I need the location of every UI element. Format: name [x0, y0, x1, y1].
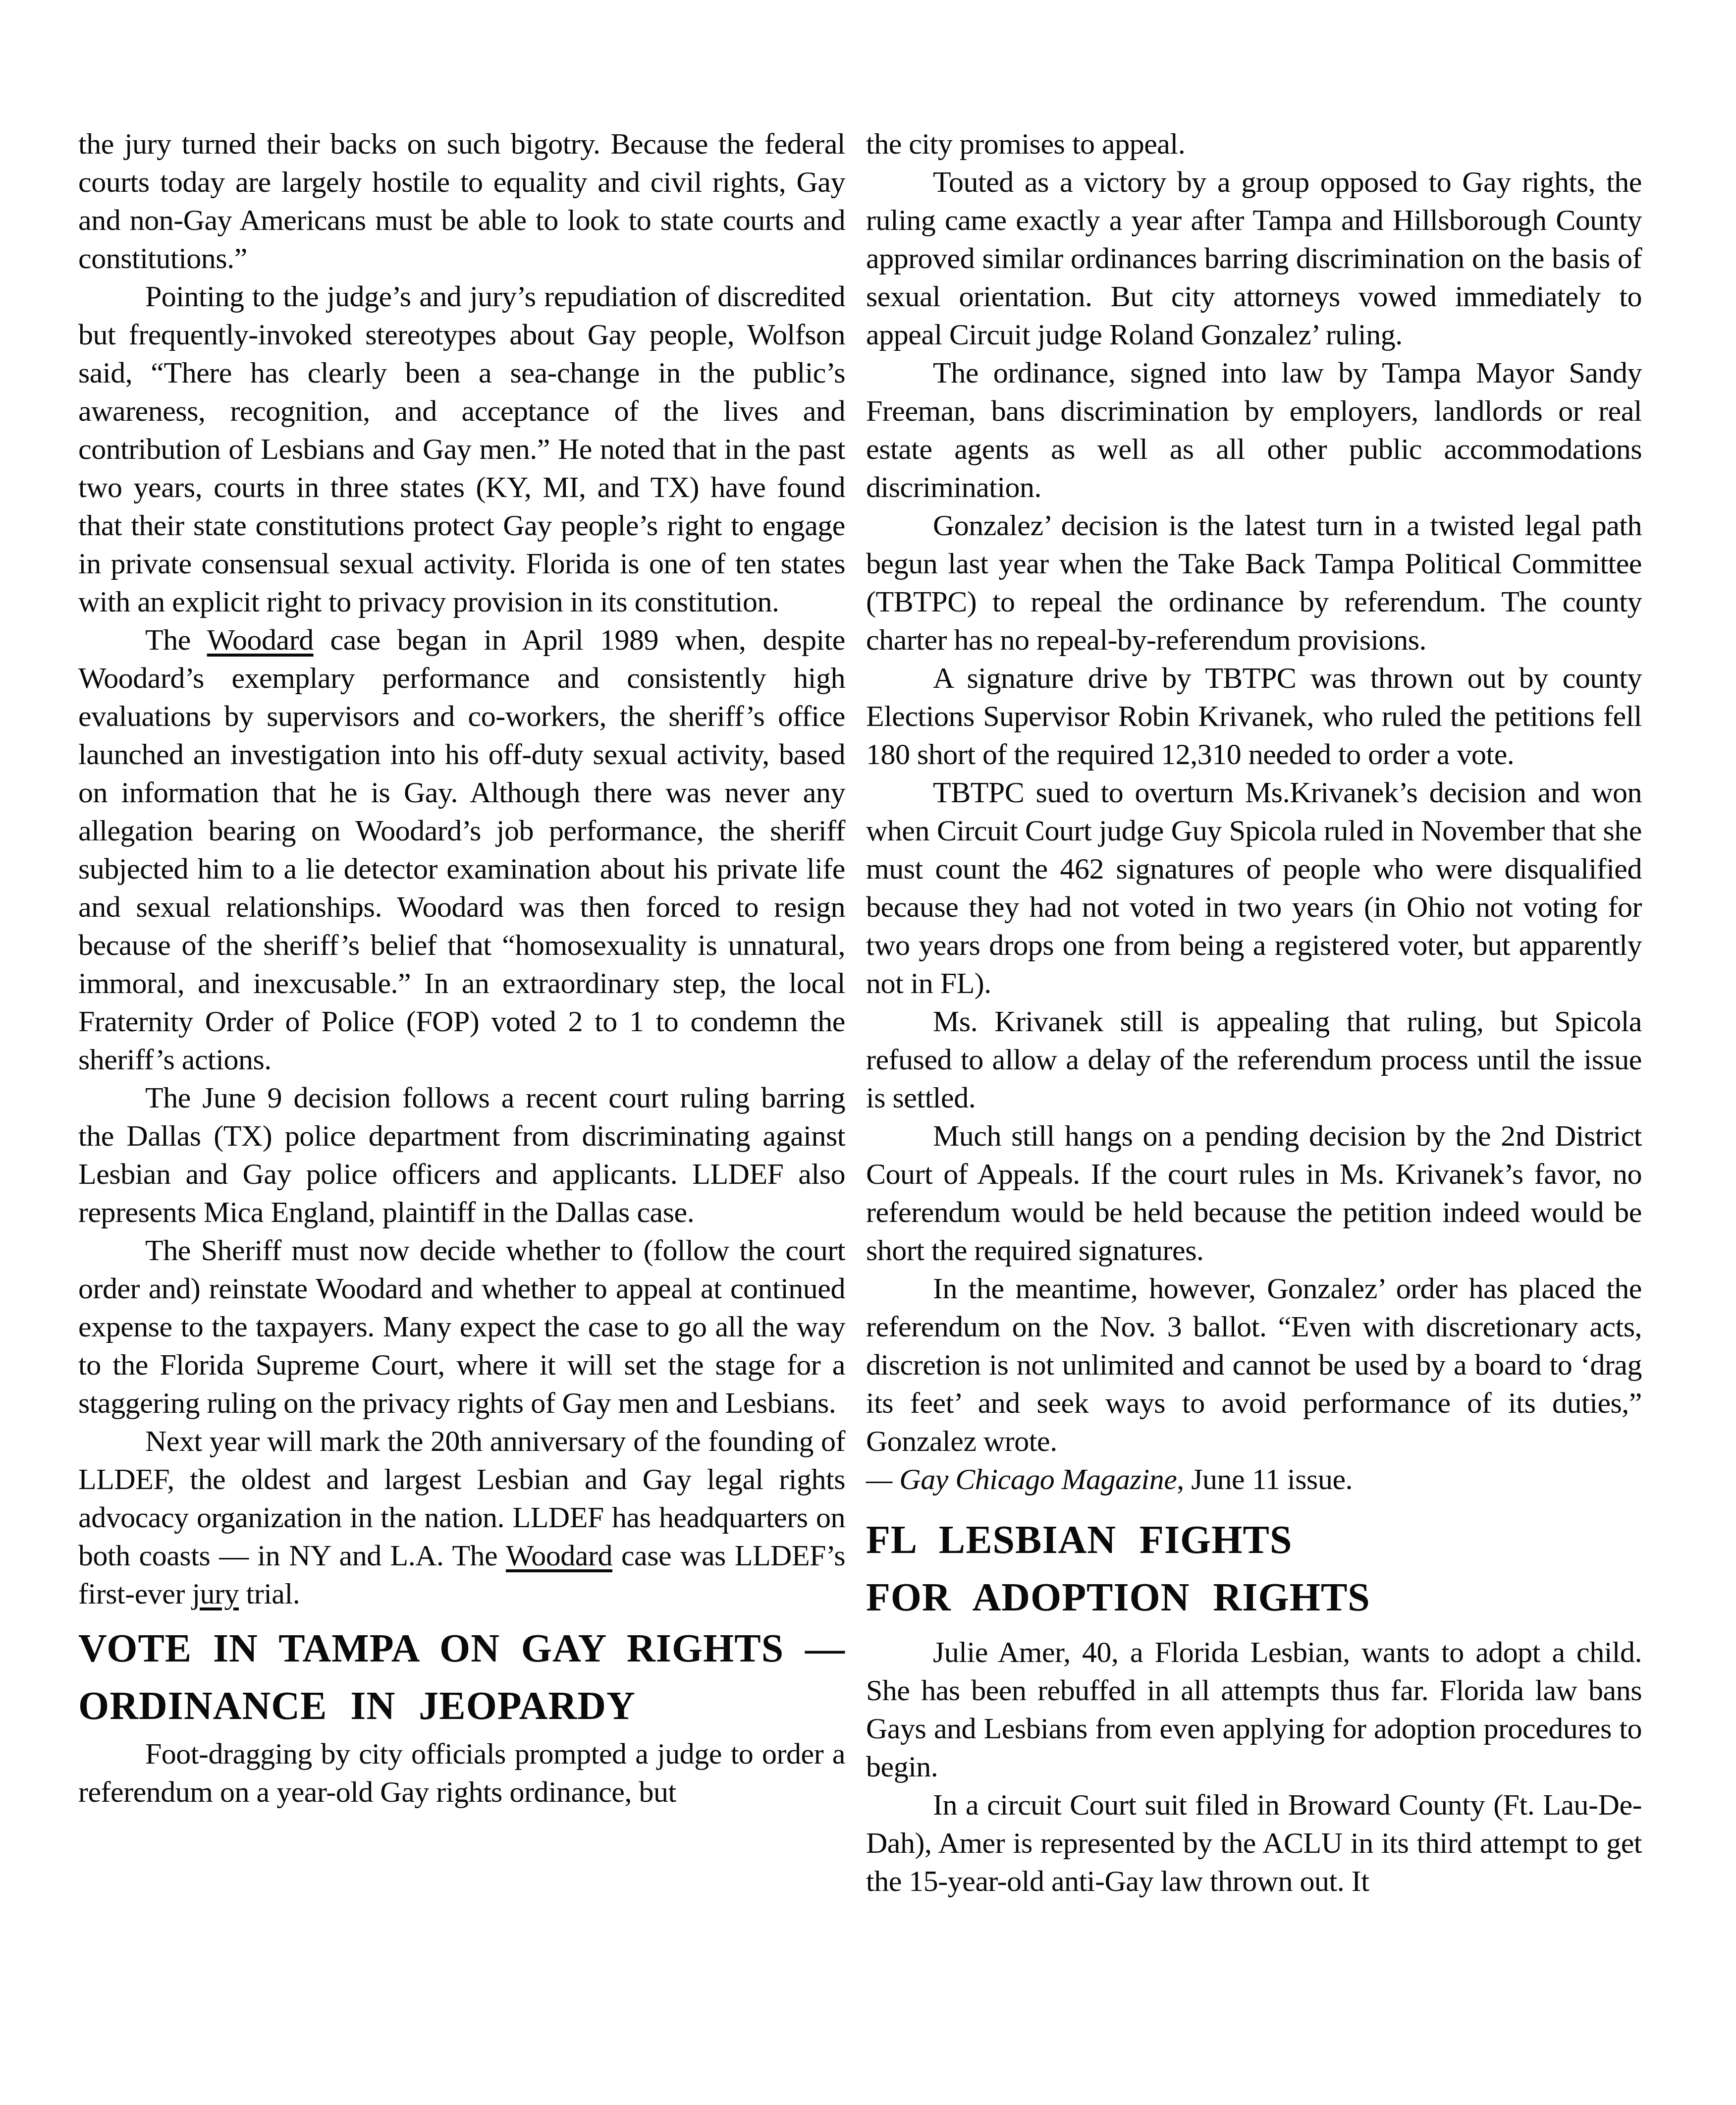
body-paragraph: The June 9 decision follows a recent cou… — [78, 1079, 845, 1231]
heading-line: FL LESBIAN FIGHTS — [866, 1511, 1642, 1569]
body-paragraph: Gonzalez’ decision is the latest turn in… — [866, 506, 1642, 659]
body-paragraph: Pointing to the judge’s and jury’s repud… — [78, 277, 845, 621]
body-paragraph: Much still hangs on a pending decision b… — [866, 1117, 1642, 1270]
underlined-case-name: Woodard — [207, 623, 314, 656]
body-paragraph: In a circuit Court suit filed in Broward… — [866, 1786, 1642, 1900]
paragraph-text: case began in April 1989 when, despite W… — [78, 623, 845, 1076]
body-paragraph-woodard-case: The Woodard case began in April 1989 whe… — [78, 621, 845, 1079]
heading-line: ORDINANCE IN JEOPARDY — [78, 1677, 845, 1735]
scanned-newsletter-page: the jury turned their backs on such bigo… — [0, 0, 1736, 2105]
attribution-text: , June 11 issue. — [1177, 1463, 1353, 1496]
body-paragraph-lldef-anniversary: Next year will mark the 20th anniversary… — [78, 1422, 845, 1613]
heading-line: VOTE IN TAMPA ON GAY RIGHTS — — [78, 1620, 845, 1677]
body-paragraph: In the meantime, however, Gonzalez’ orde… — [866, 1270, 1642, 1460]
body-paragraph: the city promises to appeal. — [866, 125, 1642, 163]
body-paragraph: Touted as a victory by a group opposed t… — [866, 163, 1642, 354]
article-heading-vote-in-tampa: VOTE IN TAMPA ON GAY RIGHTS — ORDINANCE … — [78, 1620, 845, 1735]
body-paragraph: Foot-dragging by city officials prompted… — [78, 1735, 845, 1811]
body-paragraph: Ms. Krivanek still is appealing that rul… — [866, 1002, 1642, 1117]
underlined-word-jury: jury — [192, 1577, 239, 1610]
body-paragraph: The Sheriff must now decide whether to (… — [78, 1231, 845, 1422]
source-attribution: — Gay Chicago Magazine, June 11 issue. — [866, 1460, 1642, 1498]
article-heading-fl-lesbian-fights: FL LESBIAN FIGHTS FOR ADOPTION RIGHTS — [866, 1511, 1642, 1626]
body-paragraph: TBTPC sued to overturn Ms.Krivanek’s dec… — [866, 774, 1642, 1002]
magazine-name: — Gay Chicago Magazine — [866, 1463, 1177, 1496]
body-paragraph: A signature drive by TBTPC was thrown ou… — [866, 659, 1642, 774]
left-column: the jury turned their backs on such bigo… — [78, 125, 845, 1811]
paragraph-text: trial. — [239, 1577, 300, 1610]
paragraph-text: The — [145, 623, 207, 656]
body-paragraph: The ordinance, signed into law by Tampa … — [866, 354, 1642, 506]
underlined-case-name: Woodard — [506, 1539, 612, 1572]
body-paragraph: Julie Amer, 40, a Florida Lesbian, wants… — [866, 1633, 1642, 1786]
right-column: the city promises to appeal. Touted as a… — [866, 125, 1642, 1900]
heading-line: FOR ADOPTION RIGHTS — [866, 1569, 1642, 1626]
body-paragraph: the jury turned their backs on such bigo… — [78, 125, 845, 277]
